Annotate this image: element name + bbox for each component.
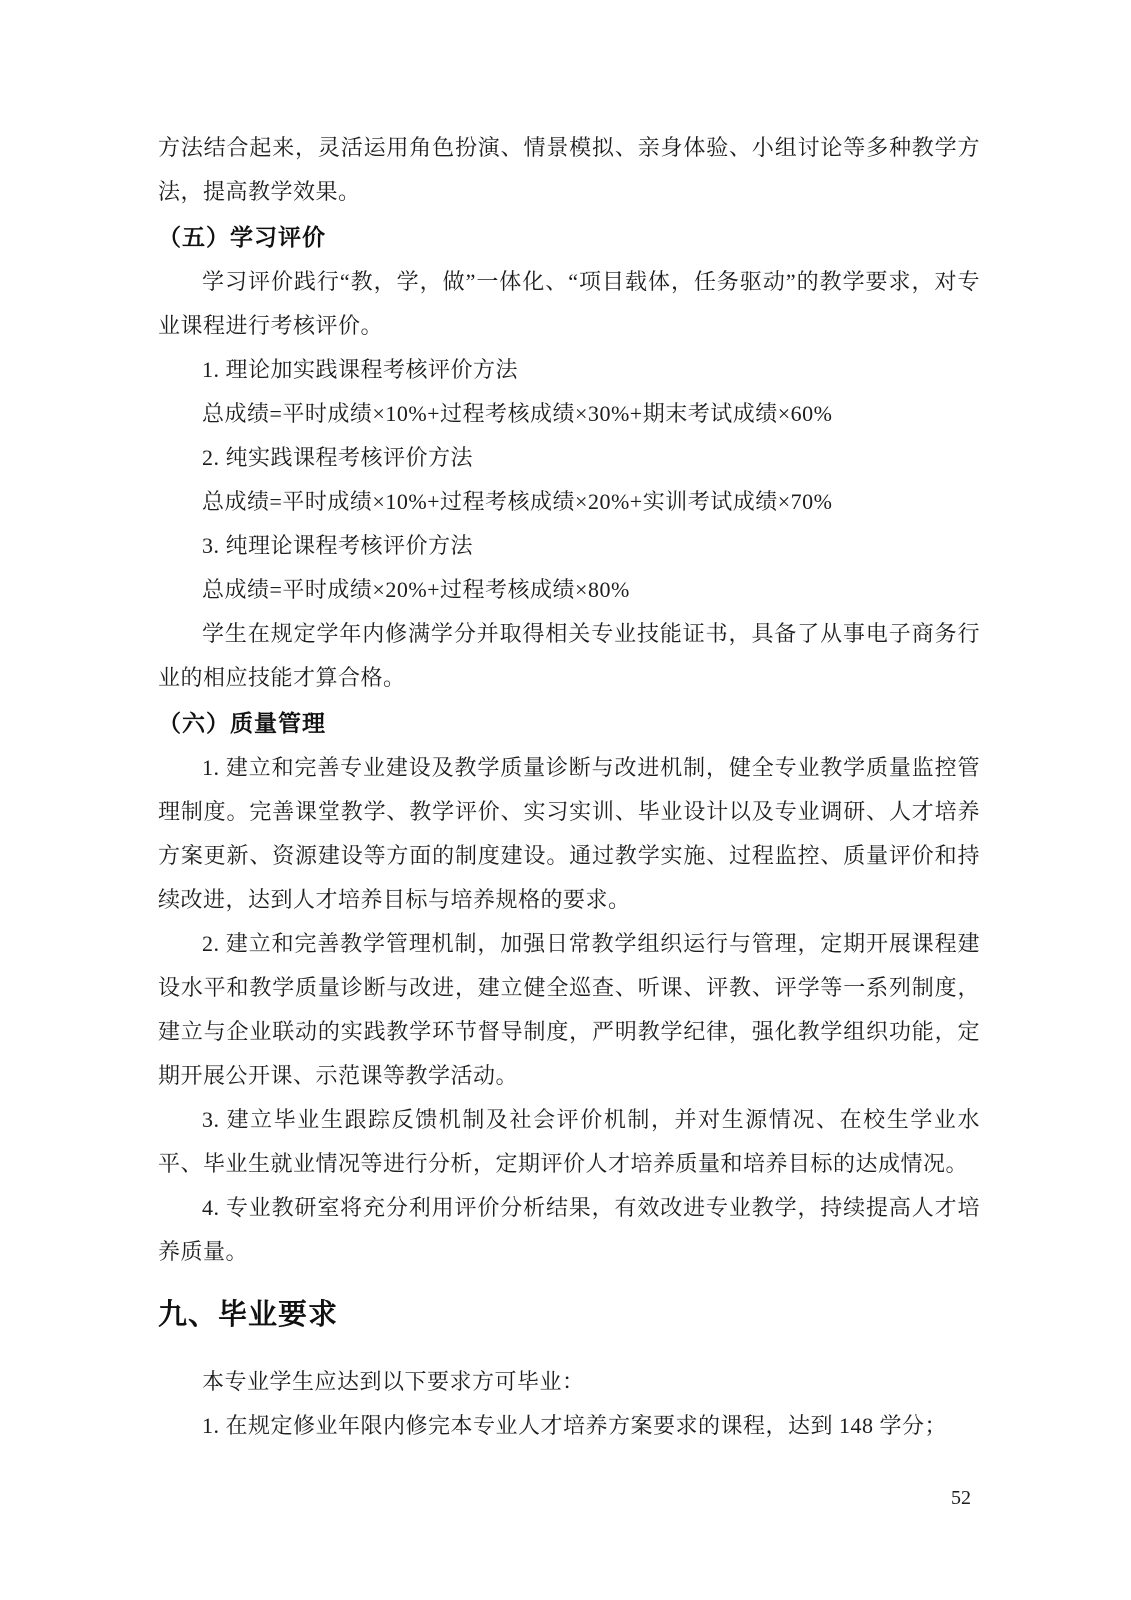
paragraph-quality-item-3: 3. 建立毕业生跟踪反馈机制及社会评价机制，并对生源情况、在校生学业水平、毕业生… bbox=[158, 1098, 980, 1186]
formula-theory-plus-practice: 总成绩=平时成绩×10%+过程考核成绩×30%+期末考试成绩×60% bbox=[158, 392, 980, 436]
section-heading-quality-management: （六）质量管理 bbox=[158, 700, 980, 746]
paragraph-graduation-item-1: 1. 在规定修业年限内修完本专业人才培养方案要求的课程，达到 148 学分； bbox=[158, 1404, 980, 1448]
item-theory-plus-practice-method: 1. 理论加实践课程考核评价方法 bbox=[158, 348, 980, 392]
item-pure-theory-method: 3. 纯理论课程考核评价方法 bbox=[158, 524, 980, 568]
document-page: 方法结合起来，灵活运用角色扮演、情景模拟、亲身体验、小组讨论等多种教学方法，提高… bbox=[0, 0, 1131, 1600]
formula-pure-practice: 总成绩=平时成绩×10%+过程考核成绩×20%+实训考试成绩×70% bbox=[158, 480, 980, 524]
paragraph-teaching-methods-continuation: 方法结合起来，灵活运用角色扮演、情景模拟、亲身体验、小组讨论等多种教学方法，提高… bbox=[158, 126, 980, 214]
page-number: 52 bbox=[951, 1486, 971, 1510]
paragraph-credit-requirement: 学生在规定学年内修满学分并取得相关专业技能证书，具备了从事电子商务行业的相应技能… bbox=[158, 612, 980, 700]
section-heading-learning-evaluation: （五）学习评价 bbox=[158, 214, 980, 260]
paragraph-quality-item-1: 1. 建立和完善专业建设及教学质量诊断与改进机制，健全专业教学质量监控管理制度。… bbox=[158, 746, 980, 922]
chapter-heading-graduation-requirements: 九、毕业要求 bbox=[158, 1290, 980, 1340]
page-content: 方法结合起来，灵活运用角色扮演、情景模拟、亲身体验、小组讨论等多种教学方法，提高… bbox=[158, 126, 980, 1448]
paragraph-graduation-intro: 本专业学生应达到以下要求方可毕业： bbox=[158, 1360, 980, 1404]
formula-pure-theory: 总成绩=平时成绩×20%+过程考核成绩×80% bbox=[158, 568, 980, 612]
paragraph-evaluation-intro: 学习评价践行“教，学，做”一体化、“项目载体，任务驱动”的教学要求，对专业课程进… bbox=[158, 260, 980, 348]
item-pure-practice-method: 2. 纯实践课程考核评价方法 bbox=[158, 436, 980, 480]
paragraph-quality-item-4: 4. 专业教研室将充分利用评价分析结果，有效改进专业教学，持续提高人才培养质量。 bbox=[158, 1186, 980, 1274]
paragraph-quality-item-2: 2. 建立和完善教学管理机制，加强日常教学组织运行与管理，定期开展课程建设水平和… bbox=[158, 922, 980, 1098]
